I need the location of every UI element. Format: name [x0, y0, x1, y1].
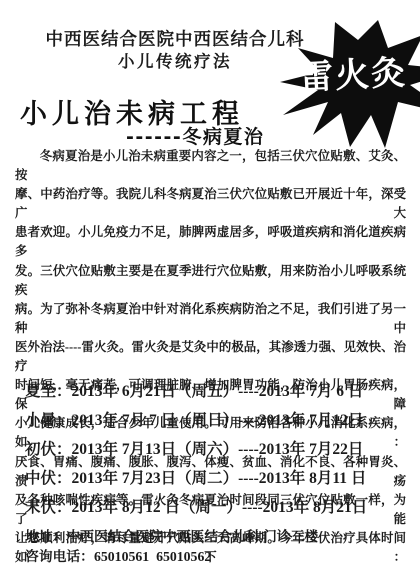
- schedule-row-zhongfu: 中伏：2013年 7月23日（周二）----2013年 8月11 日: [25, 464, 385, 493]
- schedule-row-xiaoshu: 小暑：2013年 7月 7 日（周日）----2013年 7月12日: [25, 406, 385, 435]
- burst-badge-label: 雷火灸: [298, 52, 420, 99]
- body-line: 病。为了弥补冬病夏治中针对消化系疾病防治之不足，我们引进了另一种中: [15, 300, 406, 338]
- schedule-row-mofu: 末伏：2013年 8月12 日（周一）----2013年 8月21日: [25, 493, 385, 522]
- body-line: 摩、中药治疗等。我院儿科冬病夏治三伏穴位贴敷已开展近十年，深受广大: [15, 185, 406, 223]
- schedule-row-chufu: 初伏：2013年 7月13日（周六）----2013年 7月22日: [25, 435, 385, 464]
- treatment-schedule: 夏至：2013年 6月21日（周五）----2013年 7月 6 日 小暑：20…: [25, 377, 385, 522]
- body-line: 患者欢迎。小儿免疫力不足，肺脾两虚居多，呼吸道疾病和消化道疾病多: [15, 223, 406, 261]
- phone-line: 咨询电话：65010561 65010562: [25, 545, 211, 565]
- body-line: 医外治法----雷火灸。雷火灸是艾灸中的极品，其渗透力强、见效快、治疗: [15, 338, 406, 376]
- schedule-row-xiazhi: 夏至：2013年 6月21日（周五）----2013年 7月 6 日: [25, 377, 385, 406]
- flyer-page: 中西医结合医院中西医结合儿科 小儿传统疗法 雷火灸 小儿治未病工程 ------…: [0, 0, 420, 583]
- body-line: 发。三伏穴位贴敷主要是在夏季进行穴位贴敷，用来防治小儿呼吸系统疾: [15, 262, 406, 300]
- page-subtitle: ------冬病夏治: [126, 122, 264, 149]
- body-line: 冬病夏治是小儿治未病重要内容之一，包括三伏穴位贴敷、艾灸、按: [15, 147, 406, 185]
- address-line: 地址：中西医结合医院中西医结合儿科 门诊三楼: [25, 525, 318, 545]
